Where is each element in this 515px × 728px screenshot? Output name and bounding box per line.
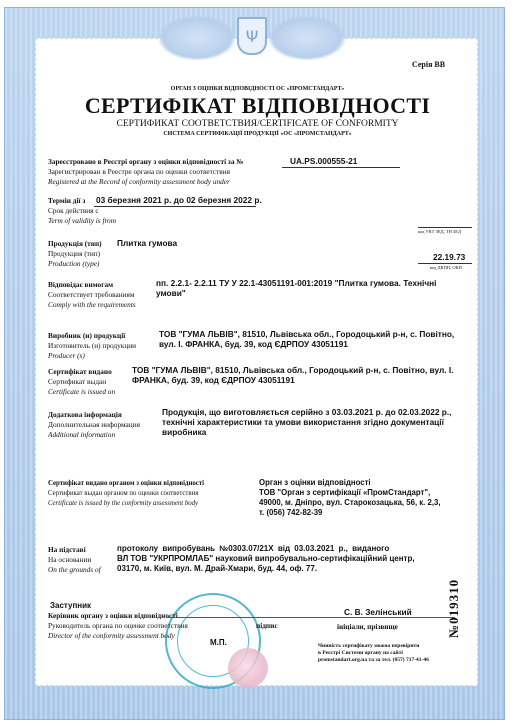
verification-note: Чинність сертифікату можна перевірити в … xyxy=(318,643,429,664)
issued-to-label: Сертифікат видано Сертификат выдан Certi… xyxy=(48,367,115,397)
tnved-code-caption: код УКТ ЗЕД, ТН ЗЕД xyxy=(418,229,461,234)
issued-to-value: ТОВ "ГУМА ЛЬВІВ", 81510, Львівська обл.,… xyxy=(132,365,453,385)
signature-line xyxy=(168,617,455,618)
ornament-right xyxy=(267,15,347,61)
signature-caption: підпис xyxy=(256,621,278,631)
issued-by-value: Орган з оцінки відповідності ТОВ "Орган … xyxy=(259,478,441,518)
certificate-subtitle: СЕРТИФИКАТ СООТВЕТСТВИЯ/CERTIFICATE OF C… xyxy=(0,119,515,129)
registration-underline xyxy=(282,167,400,168)
product-value: Плитка гумова xyxy=(117,238,177,248)
stamp-place-label: М.П. xyxy=(210,638,227,647)
organ-heading: ОРГАН З ОЦІНКИ ВІДПОВІДНОСТІ ОС «ПРОМСТА… xyxy=(0,86,515,92)
signatory-name: С. В. Зелінський xyxy=(344,607,412,617)
header-ornament: Ψ xyxy=(157,7,347,65)
tnved-code-line xyxy=(418,227,472,228)
serial-number: №019310 xyxy=(446,579,462,638)
registration-number: UA.PS.000555-21 xyxy=(290,156,357,166)
additional-info-label: Додаткова інформація Дополнительная инфо… xyxy=(48,410,140,440)
ornament-left xyxy=(157,15,237,61)
registration-label: Зареєстровано в Реєстрі органу з оцінки … xyxy=(48,157,244,187)
hologram-seal xyxy=(228,648,268,688)
certificate-title: СЕРТИФІКАТ ВІДПОВІДНОСТІ xyxy=(0,93,515,119)
additional-info-value: Продукція, що виготовляється серійно з 0… xyxy=(162,407,451,437)
trident-icon: Ψ xyxy=(237,17,267,55)
name-caption: ініціали, прізвище xyxy=(337,622,398,632)
requirements-value: пп. 2.2.1- 2.2.11 ТУ У 22.1-43051191-001… xyxy=(156,278,436,298)
producer-label: Виробник (и) продукції Изготовитель (и) … xyxy=(48,331,136,361)
deputy-title: Заступник xyxy=(50,601,91,611)
certification-system: СИСТЕМА СЕРТИФІКАЦІЇ ПРОДУКЦІЇ «ОС «ПРОМ… xyxy=(0,131,515,137)
grounds-label: На підставі На основании On the grounds … xyxy=(48,545,101,575)
issued-by-label: Сертифікат видано органом з оцінки відпо… xyxy=(48,479,204,509)
grounds-value: протоколу випробувань №0303.07/21Х від 0… xyxy=(117,544,415,574)
requirements-label: Відповідає вимогам Соответствует требова… xyxy=(48,280,136,310)
product-label: Продукція (тип) Продукция (тип) Producti… xyxy=(48,239,102,269)
validity-period: 03 березня 2021 р. до 02 березня 2022 р. xyxy=(96,195,262,205)
product-code-line xyxy=(418,263,472,264)
producer-value: ТОВ "ГУМА ЛЬВІВ", 81510, Львівська обл.,… xyxy=(159,329,454,349)
director-label: Керівник органу з оцінки відповідності Р… xyxy=(48,611,188,641)
series-label: Серія ВВ xyxy=(412,60,445,69)
product-code-caption: код ДКПП, ОКП xyxy=(430,265,462,270)
product-code: 22.19.73 xyxy=(433,252,465,262)
validity-underline xyxy=(94,206,256,207)
